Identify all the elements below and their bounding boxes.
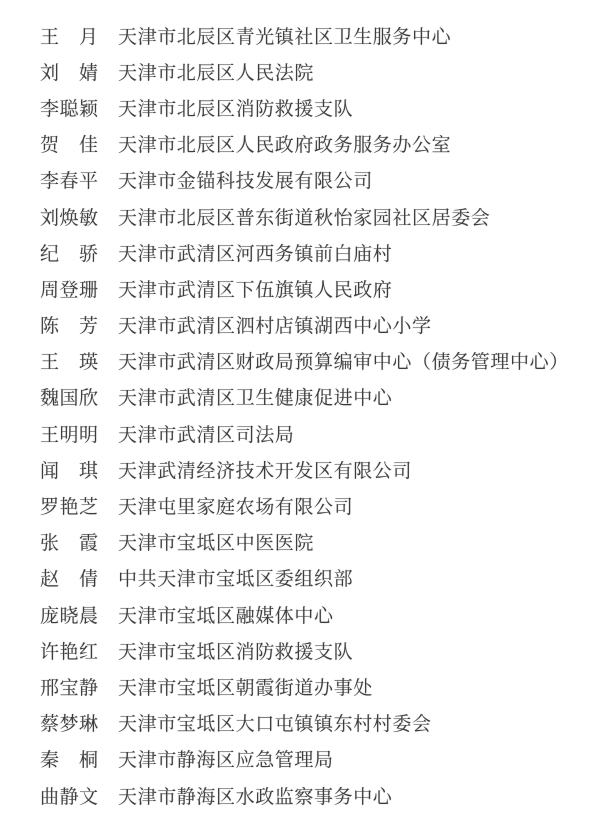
- organization-name: 天津市北辰区人民政府政务服务办公室: [118, 130, 451, 157]
- roster-row: 邢宝静 天津市宝坻区朝霞街道办事处: [40, 668, 599, 704]
- organization-name: 天津市宝坻区中医医院: [118, 528, 314, 555]
- roster-row: 赵 倩 中共天津市宝坻区委组织部: [40, 560, 599, 596]
- person-name: 贺 佳: [40, 130, 118, 157]
- person-name: 赵 倩: [40, 564, 118, 591]
- person-name: 闻 琪: [40, 456, 118, 483]
- roster-row: 庞晓晨 天津市宝坻区融媒体中心: [40, 596, 599, 632]
- organization-name: 天津市武清区财政局预算编审中心（债务管理中心）: [118, 347, 569, 374]
- person-name: 邢宝静: [40, 673, 118, 700]
- person-name: 秦 桐: [40, 745, 118, 772]
- person-name: 曲静文: [40, 782, 118, 809]
- roster-row: 王 月 天津市北辰区青光镇社区卫生服务中心: [40, 17, 599, 53]
- organization-name: 天津市北辰区普东街道秋怡家园社区居委会: [118, 203, 490, 230]
- roster-row: 刘焕敏 天津市北辰区普东街道秋怡家园社区居委会: [40, 198, 599, 234]
- document-page: 王 月 天津市北辰区青光镇社区卫生服务中心 刘 婧 天津市北辰区人民法院 李聪颖…: [0, 0, 599, 825]
- roster-row: 贺 佳 天津市北辰区人民政府政务服务办公室: [40, 126, 599, 162]
- organization-name: 天津市北辰区消防救援支队: [118, 94, 353, 121]
- person-name: 庞晓晨: [40, 601, 118, 628]
- roster-row: 刘 婧 天津市北辰区人民法院: [40, 53, 599, 89]
- roster-row: 闻 琪 天津武清经济技术开发区有限公司: [40, 451, 599, 487]
- person-name: 许艳红: [40, 637, 118, 664]
- organization-name: 天津市静海区应急管理局: [118, 745, 334, 772]
- organization-name: 中共天津市宝坻区委组织部: [118, 564, 353, 591]
- person-name: 陈 芳: [40, 311, 118, 338]
- roster-row: 许艳红 天津市宝坻区消防救援支队: [40, 632, 599, 668]
- organization-name: 天津市武清区泗村店镇湖西中心小学: [118, 311, 432, 338]
- person-name: 王 月: [40, 22, 118, 49]
- organization-name: 天津市武清区河西务镇前白庙村: [118, 239, 392, 266]
- organization-name: 天津市金锚科技发展有限公司: [118, 166, 373, 193]
- person-name: 罗艳芝: [40, 492, 118, 519]
- person-name: 张 霞: [40, 528, 118, 555]
- roster-row: 陈 芳 天津市武清区泗村店镇湖西中心小学: [40, 307, 599, 343]
- roster-row: 李聪颖 天津市北辰区消防救援支队: [40, 89, 599, 125]
- person-name: 蔡梦琳: [40, 709, 118, 736]
- roster-row: 罗艳芝 天津屯里家庭农场有限公司: [40, 487, 599, 523]
- roster-row: 李春平 天津市金锚科技发展有限公司: [40, 162, 599, 198]
- commendation-roster-list: 王 月 天津市北辰区青光镇社区卫生服务中心 刘 婧 天津市北辰区人民法院 李聪颖…: [40, 17, 599, 813]
- person-name: 周登珊: [40, 275, 118, 302]
- roster-row: 蔡梦琳 天津市宝坻区大口屯镇镇东村村委会: [40, 705, 599, 741]
- organization-name: 天津市宝坻区消防救援支队: [118, 637, 353, 664]
- roster-row: 周登珊 天津市武清区下伍旗镇人民政府: [40, 270, 599, 306]
- roster-row: 曲静文 天津市静海区水政监察事务中心: [40, 777, 599, 813]
- organization-name: 天津市宝坻区朝霞街道办事处: [118, 673, 373, 700]
- roster-row: 王 瑛 天津市武清区财政局预算编审中心（债务管理中心）: [40, 343, 599, 379]
- person-name: 魏国欣: [40, 383, 118, 410]
- person-name: 王 瑛: [40, 347, 118, 374]
- roster-row: 秦 桐 天津市静海区应急管理局: [40, 741, 599, 777]
- person-name: 李春平: [40, 166, 118, 193]
- roster-row: 张 霞 天津市宝坻区中医医院: [40, 524, 599, 560]
- organization-name: 天津市武清区司法局: [118, 420, 294, 447]
- person-name: 王明明: [40, 420, 118, 447]
- organization-name: 天津市北辰区青光镇社区卫生服务中心: [118, 22, 451, 49]
- organization-name: 天津市静海区水政监察事务中心: [118, 782, 392, 809]
- organization-name: 天津市武清区卫生健康促进中心: [118, 383, 392, 410]
- organization-name: 天津屯里家庭农场有限公司: [118, 492, 353, 519]
- roster-row: 纪 骄 天津市武清区河西务镇前白庙村: [40, 234, 599, 270]
- organization-name: 天津市武清区下伍旗镇人民政府: [118, 275, 392, 302]
- organization-name: 天津市北辰区人民法院: [118, 58, 314, 85]
- roster-row: 王明明 天津市武清区司法局: [40, 415, 599, 451]
- organization-name: 天津武清经济技术开发区有限公司: [118, 456, 412, 483]
- roster-row: 魏国欣 天津市武清区卫生健康促进中心: [40, 379, 599, 415]
- organization-name: 天津市宝坻区融媒体中心: [118, 601, 334, 628]
- person-name: 刘焕敏: [40, 203, 118, 230]
- person-name: 纪 骄: [40, 239, 118, 266]
- organization-name: 天津市宝坻区大口屯镇镇东村村委会: [118, 709, 432, 736]
- person-name: 李聪颖: [40, 94, 118, 121]
- person-name: 刘 婧: [40, 58, 118, 85]
